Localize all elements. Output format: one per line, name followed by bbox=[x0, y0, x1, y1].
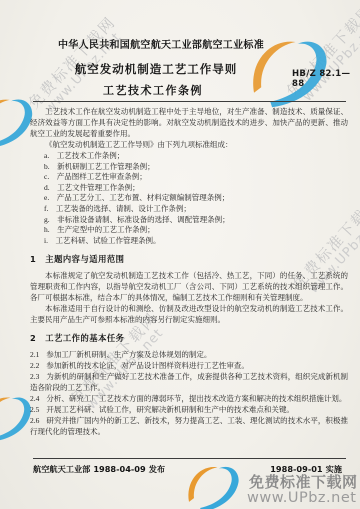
footer-implement-info: 1988-09-01实施 bbox=[270, 464, 345, 475]
implement-label: 实施 bbox=[326, 464, 342, 474]
clause-text: 为新机的研制和生产做好工艺技术准备工作，成套提供各种工艺技术资料，组织完成新机制… bbox=[30, 372, 348, 392]
intro-lead-in: 《航空发动机制造工艺工作导则》由下列九项标准组成： bbox=[30, 139, 348, 150]
clause-number: 2.3 bbox=[30, 372, 39, 381]
clause-number: 2.1 bbox=[30, 350, 39, 359]
standards-list-item: h. 生产定型中的工艺工作条例； bbox=[44, 225, 348, 236]
clause: 2.2参加新机的技术论证，对产品设计图样资料进行工艺性审查。 bbox=[30, 360, 348, 371]
clause: 2.1参加工厂新机研制、生产方案及总体规划的制定。 bbox=[30, 349, 348, 360]
upbz-logo-icon bbox=[184, 461, 246, 509]
standard-number: HB/Z 82.1—88 bbox=[292, 69, 360, 89]
section1-heading: 1主题内容与适用范围 bbox=[30, 254, 348, 265]
standards-list-item: c. 产品图样工艺性审查条例； bbox=[44, 172, 348, 183]
clause-text: 分析、研究工厂工艺技术方面的薄弱环节，提出技术改造方案和解决的技术组织措施计划。 bbox=[46, 394, 346, 403]
section-title: 工艺工作的基本任务 bbox=[45, 333, 124, 343]
clause-number: 2.6 bbox=[30, 416, 39, 425]
standards-list-item: g. 非标准设备请制、标准设备的选择、调配管理条例； bbox=[44, 215, 348, 226]
clause: 2.5开展工艺科研、试验工作，研究解决新机研制和生产中的技术难点和关键。 bbox=[30, 404, 348, 415]
section1-paragraph: 本标准适用于自行设计的和测绘、仿制及改进改型设计的航空发动机的制造工艺技术工作。… bbox=[30, 303, 348, 325]
section-number: 2 bbox=[30, 333, 36, 343]
clause: 2.4分析、研究工厂工艺技术方面的薄弱环节，提出技术改造方案和解决的技术组织措施… bbox=[30, 393, 348, 404]
body-column: 工艺技术工作在航空发动机制造工程中处于主导地位，对生产准备、制造技术、质量保证、… bbox=[30, 106, 348, 437]
issuing-org: 航空航天工业部 bbox=[33, 464, 90, 474]
clause-text: 参加新机的技术论证，对产品设计图样资料进行工艺性审查。 bbox=[46, 361, 249, 370]
footer-issue-info: 航空航天工业部1988-04-09发布 bbox=[33, 464, 168, 475]
standards-list: a. 工艺技术工作条例； b. 新机研制工艺工作管理条例； c. 产品图样工艺性… bbox=[44, 151, 348, 246]
clause: 2.3为新机的研制和生产做好工艺技术准备工作，成套提供各种工艺技术资料，组织完成… bbox=[30, 371, 348, 393]
header-divider bbox=[33, 101, 346, 102]
document-title: 航空发动机制造工艺工作导则 bbox=[66, 61, 246, 77]
standard-org-line: 中华人民共和国航空航天工业部航空工业标准 bbox=[56, 36, 266, 51]
issue-date: 1988-04-09 bbox=[93, 464, 145, 474]
section2-heading: 2工艺工作的基本任务 bbox=[30, 333, 348, 344]
standards-list-item: i. 工艺科研、试验工作管理条例。 bbox=[44, 236, 348, 247]
clause-number: 2.4 bbox=[30, 394, 39, 403]
standards-list-item: d. 工艺文件管理工作条例； bbox=[44, 183, 348, 194]
clause: 2.6研究并推广国内外的新工艺、新技术，努力提高工艺、工装、理化测试的技术水平，… bbox=[30, 415, 348, 437]
standards-list-item: f. 工艺装备的选择、请制、设计工作条例； bbox=[44, 204, 348, 215]
watermark-site-name: 免费标准下载网 bbox=[263, 0, 360, 123]
intro-paragraph: 工艺技术工作在航空发动机制造工程中处于主导地位，对生产准备、制造技术、质量保证、… bbox=[30, 106, 348, 139]
section-title: 主题内容与适用范围 bbox=[45, 254, 124, 264]
section1-paragraph: 本标准规定了航空发动机制造工艺技术工作（包括冷、热工艺，下同）的任务、工艺系统的… bbox=[30, 270, 348, 303]
clause-text: 开展工艺科研、试验工作，研究解决新机研制和生产中的技术难点和关键。 bbox=[46, 405, 294, 414]
clause-number: 2.2 bbox=[30, 361, 39, 370]
implement-date: 1988-09-01 bbox=[270, 464, 322, 474]
standards-list-item: b. 新机研制工艺工作管理条例； bbox=[44, 162, 348, 173]
document-subtitle: 工艺技术工作条例 bbox=[63, 82, 243, 98]
clause-text: 参加工厂新机研制、生产方案及总体规划的制定。 bbox=[46, 350, 211, 359]
clause-number: 2.5 bbox=[30, 405, 39, 414]
clause-text: 研究并推广国内外的新工艺、新技术，努力提高工艺、工装、理化测试的技术水平，积极推… bbox=[30, 416, 348, 436]
watermark-site-url: www.UPbz.net bbox=[247, 490, 356, 506]
section-number: 1 bbox=[30, 254, 36, 264]
footer-divider bbox=[33, 458, 346, 459]
issue-label: 发布 bbox=[149, 464, 165, 474]
scanned-standard-page: 免费标准下载网 www.UPbz.net 免费标准下载网 www.UPbz.ne… bbox=[0, 0, 360, 509]
standards-list-item: e. 产品工艺分工、工艺布置、材料定额编制管理条例； bbox=[44, 193, 348, 204]
standards-list-item: a. 工艺技术工作条例； bbox=[44, 151, 348, 162]
